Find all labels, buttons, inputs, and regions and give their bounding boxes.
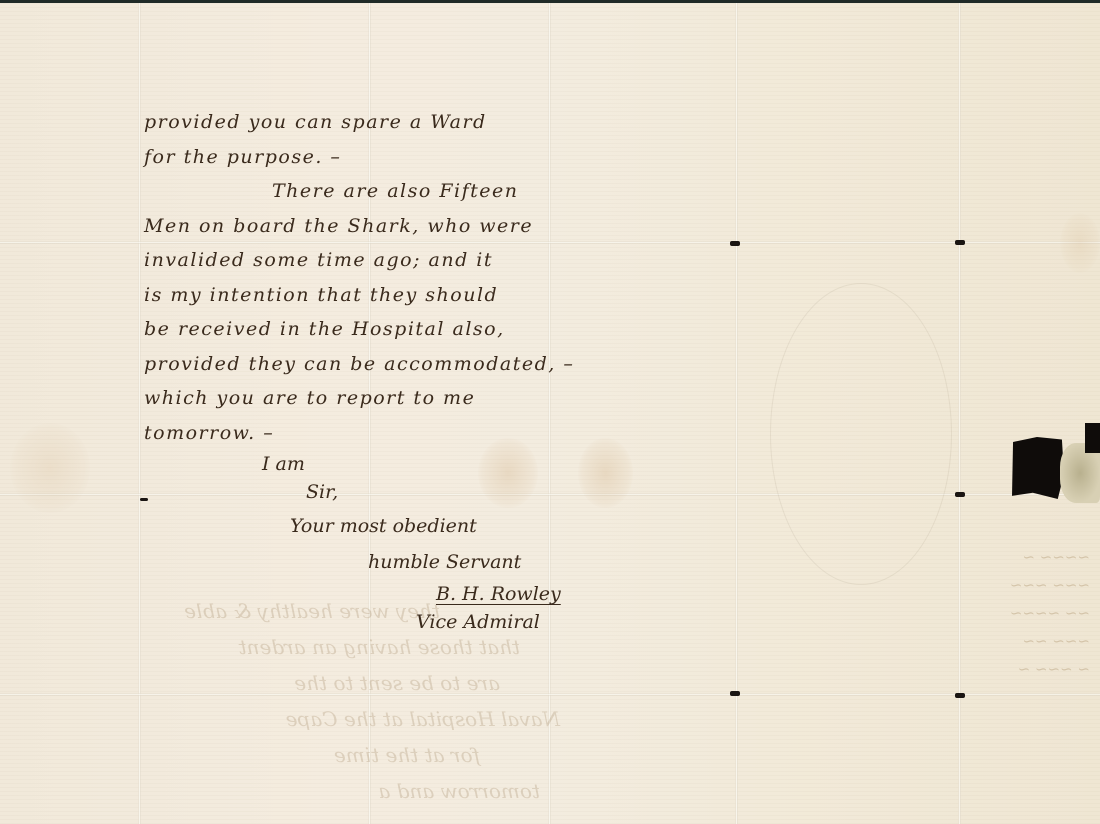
bleed-through-text-margin: ~~~~ ~~~~ ~~~~~ ~~~~~~~ ~~~ ~~~ ~ bbox=[980, 543, 1090, 683]
stain bbox=[10, 423, 90, 513]
pinhole bbox=[730, 691, 740, 696]
letter-page: they were healthy & able that those havi… bbox=[0, 3, 1100, 824]
letter-line: is my intention that they should bbox=[144, 278, 564, 313]
letter-line: tomorrow. – bbox=[144, 416, 564, 451]
letter-line: for the purpose. – bbox=[144, 140, 564, 175]
letter-body: provided you can spare a Ward for the pu… bbox=[144, 105, 564, 450]
letter-line: which you are to report to me bbox=[144, 381, 564, 416]
letter-line: provided they can be accommodated, – bbox=[144, 347, 564, 382]
letter-line: Men on board the Shark, who were bbox=[144, 209, 564, 244]
paper-tear bbox=[1012, 437, 1064, 499]
fold-crease bbox=[735, 3, 738, 824]
closing-i-am: I am bbox=[262, 453, 305, 475]
fold-crease bbox=[958, 3, 961, 824]
stain bbox=[578, 438, 633, 508]
pinhole bbox=[955, 240, 965, 245]
closing-sir: Sir, bbox=[306, 481, 338, 503]
pinhole bbox=[730, 241, 740, 246]
closing-humble-servant: humble Servant bbox=[368, 551, 521, 573]
stain bbox=[1060, 213, 1100, 273]
letter-line: be received in the Hospital also, bbox=[144, 312, 564, 347]
pinhole bbox=[955, 492, 965, 497]
letter-line: provided you can spare a Ward bbox=[144, 105, 564, 140]
paper-tear bbox=[1085, 423, 1100, 453]
signature-title: Vice Admiral bbox=[416, 611, 540, 633]
signature-name: B. H. Rowley bbox=[436, 583, 561, 605]
paper-watermark bbox=[770, 283, 952, 585]
pinhole bbox=[140, 498, 148, 501]
letter-line: There are also Fifteen bbox=[144, 174, 564, 209]
pinhole bbox=[955, 693, 965, 698]
closing-your-most-obedient: Your most obedient bbox=[290, 515, 477, 537]
letter-line: invalided some time ago; and it bbox=[144, 243, 564, 278]
